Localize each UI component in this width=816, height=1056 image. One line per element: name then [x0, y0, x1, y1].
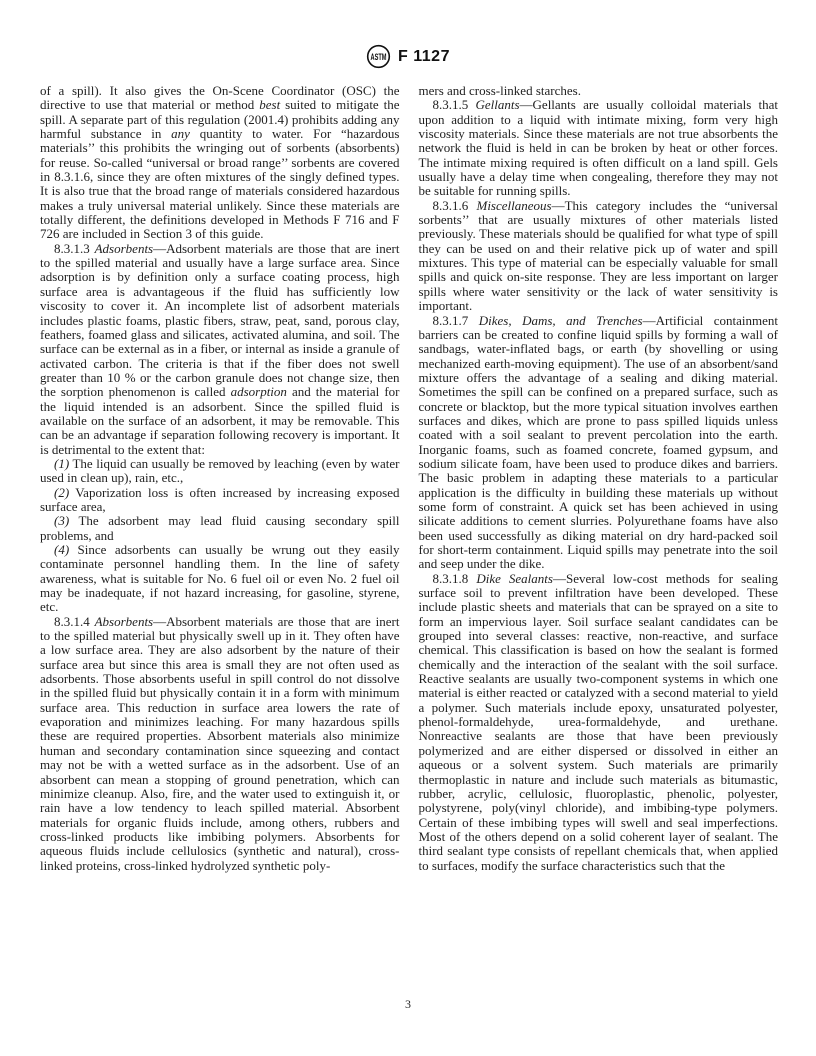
paragraph: (4) Since adsorbents can usually be wrun… — [40, 543, 400, 615]
two-column-text: of a spill). It also gives the On-Scene … — [40, 84, 778, 873]
svg-text:ASTM: ASTM — [371, 52, 387, 63]
paragraph: 8.3.1.3 Adsorbents—Adsorbent materials a… — [40, 242, 400, 457]
italic-text-segment: (4) — [54, 542, 69, 557]
paragraph: 8.3.1.5 Gellants—Gellants are usually co… — [419, 98, 779, 198]
italic-text-segment: adsorption — [231, 384, 287, 399]
page-number: 3 — [405, 997, 411, 1011]
text-segment: 8.3.1.6 — [433, 198, 477, 213]
document-page: ASTM F 1127 of a spill). It also gives t… — [0, 0, 816, 1056]
paragraph: mers and cross-linked starches. — [419, 84, 779, 98]
right-column: mers and cross-linked starches.8.3.1.5 G… — [419, 84, 779, 873]
italic-text-segment: Adsorbents — [95, 241, 154, 256]
text-segment: quantity to water. For “hazardous materi… — [40, 126, 400, 241]
italic-text-segment: (1) — [54, 456, 69, 471]
italic-text-segment: Miscellaneous — [476, 198, 551, 213]
text-segment: 8.3.1.3 — [54, 241, 95, 256]
text-segment: The adsorbent may lead fluid causing sec… — [40, 513, 400, 542]
italic-text-segment: any — [171, 126, 190, 141]
paragraph: (2) Vaporization loss is often increased… — [40, 486, 400, 515]
text-segment: 8.3.1.8 — [433, 571, 477, 586]
text-segment: —Artificial containment barriers can be … — [419, 313, 779, 572]
text-segment: —Absorbent materials are those that are … — [40, 614, 400, 873]
italic-text-segment: best — [259, 97, 280, 112]
text-segment: 8.3.1.7 — [433, 313, 479, 328]
italic-text-segment: Dike Sealants — [476, 571, 553, 586]
astm-logo-icon: ASTM — [366, 44, 391, 69]
text-segment: The liquid can usually be removed by lea… — [40, 456, 400, 485]
text-segment: Vaporization loss is often increased by … — [40, 485, 400, 514]
doc-code: F 1127 — [398, 48, 450, 66]
text-segment: —Adsorbent materials are those that are … — [40, 241, 400, 399]
text-segment: —This category includes the “universal s… — [419, 198, 779, 313]
text-segment: Since adsorbents can usually be wrung ou… — [40, 542, 400, 614]
left-column: of a spill). It also gives the On-Scene … — [40, 84, 400, 873]
text-segment: —Gellants are usually colloidal material… — [419, 97, 779, 198]
text-segment: 8.3.1.4 — [54, 614, 95, 629]
paragraph: 8.3.1.4 Absorbents—Absorbent materials a… — [40, 615, 400, 873]
paragraph: (1) The liquid can usually be removed by… — [40, 457, 400, 486]
paragraph: 8.3.1.6 Miscellaneous—This category incl… — [419, 199, 779, 314]
italic-text-segment: (3) — [54, 513, 69, 528]
page-header: ASTM F 1127 — [0, 44, 816, 69]
page-footer: 3 — [0, 997, 816, 1012]
text-segment: mers and cross-linked starches. — [419, 83, 581, 98]
paragraph: 8.3.1.8 Dike Sealants—Several low-cost m… — [419, 572, 779, 873]
italic-text-segment: Absorbents — [95, 614, 154, 629]
paragraph: (3) The adsorbent may lead fluid causing… — [40, 514, 400, 543]
paragraph: of a spill). It also gives the On-Scene … — [40, 84, 400, 242]
text-segment: 8.3.1.5 — [433, 97, 476, 112]
italic-text-segment: Dikes, Dams, and Trenches — [479, 313, 643, 328]
paragraph: 8.3.1.7 Dikes, Dams, and Trenches—Artifi… — [419, 314, 779, 572]
text-segment: —Several low-cost methods for sealing su… — [419, 571, 779, 873]
italic-text-segment: (2) — [54, 485, 69, 500]
italic-text-segment: Gellants — [475, 97, 519, 112]
